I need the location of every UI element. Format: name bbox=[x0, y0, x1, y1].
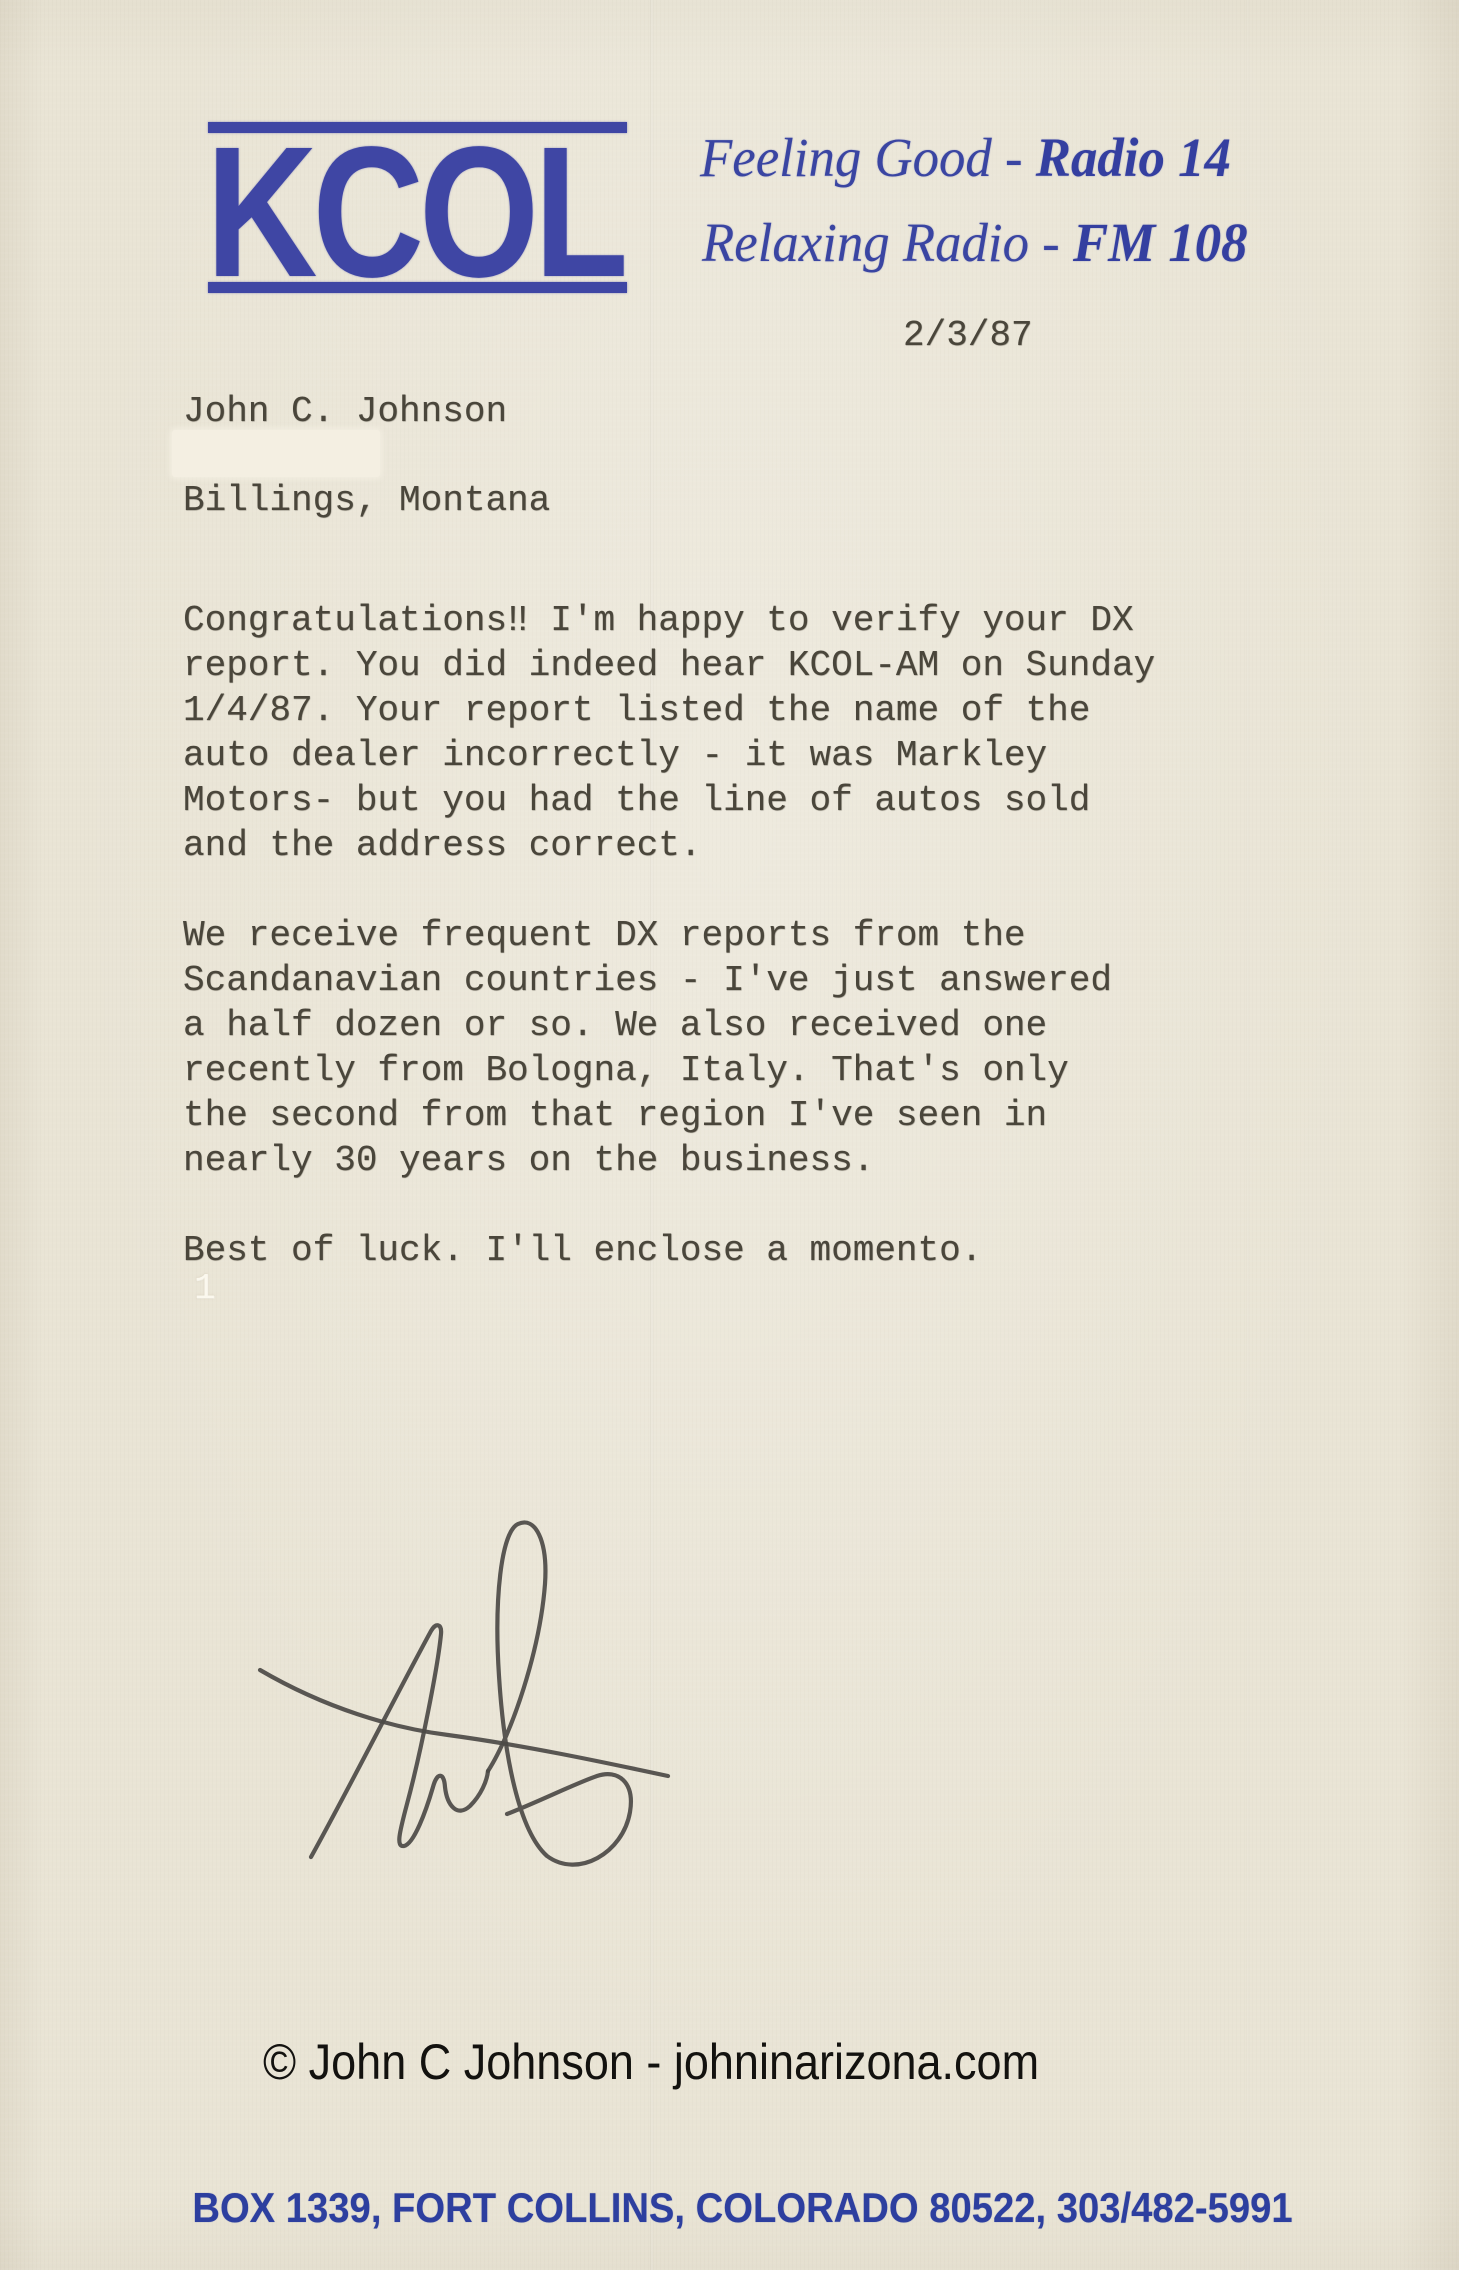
signature-loop-stroke bbox=[488, 1522, 631, 1864]
kcol-logo: KCOL bbox=[207, 122, 627, 293]
logo-bottom-bar bbox=[208, 282, 627, 293]
letter-date: 2/3/87 bbox=[903, 313, 1033, 358]
tagline-am: Feeling Good - Radio 14 bbox=[700, 126, 1231, 190]
letter-paragraph-2: We receive frequent DX reports from the … bbox=[183, 913, 1112, 1183]
letter-paragraph-1: Congratulations‼ I'm happy to verify you… bbox=[183, 598, 1155, 868]
tagline-fm-separator: - bbox=[1029, 212, 1073, 273]
recipient-city: Billings, Montana bbox=[183, 478, 550, 523]
tagline-fm: Relaxing Radio - FM 108 bbox=[702, 211, 1248, 275]
redacted-address-line bbox=[172, 430, 380, 477]
signature bbox=[230, 1480, 710, 1920]
tagline-am-separator: - bbox=[992, 127, 1036, 188]
letter-closing: Best of luck. I'll enclose a momento. bbox=[183, 1228, 982, 1273]
tagline-am-regular: Feeling Good bbox=[700, 127, 992, 188]
station-address-footer: BOX 1339, FORT COLLINS, COLORADO 80522, … bbox=[79, 2183, 1407, 2233]
tagline-fm-bold: FM 108 bbox=[1073, 212, 1248, 273]
scanned-letter-page: KCOL Feeling Good - Radio 14 Relaxing Ra… bbox=[0, 0, 1459, 2270]
tagline-fm-regular: Relaxing Radio bbox=[702, 212, 1029, 273]
whiteout-correction-mark: 1 bbox=[194, 1266, 216, 1311]
recipient-name: John C. Johnson bbox=[183, 389, 507, 434]
tagline-am-bold: Radio 14 bbox=[1036, 127, 1231, 188]
paper-fold-crease-faint bbox=[1246, 0, 1250, 2270]
logo-wordmark: KCOL bbox=[206, 120, 623, 306]
signature-w-stroke bbox=[311, 1625, 488, 1857]
signature-cross-stroke bbox=[260, 1670, 668, 1776]
copyright-watermark: © John C Johnson - johninarizona.com bbox=[263, 2033, 1039, 2091]
